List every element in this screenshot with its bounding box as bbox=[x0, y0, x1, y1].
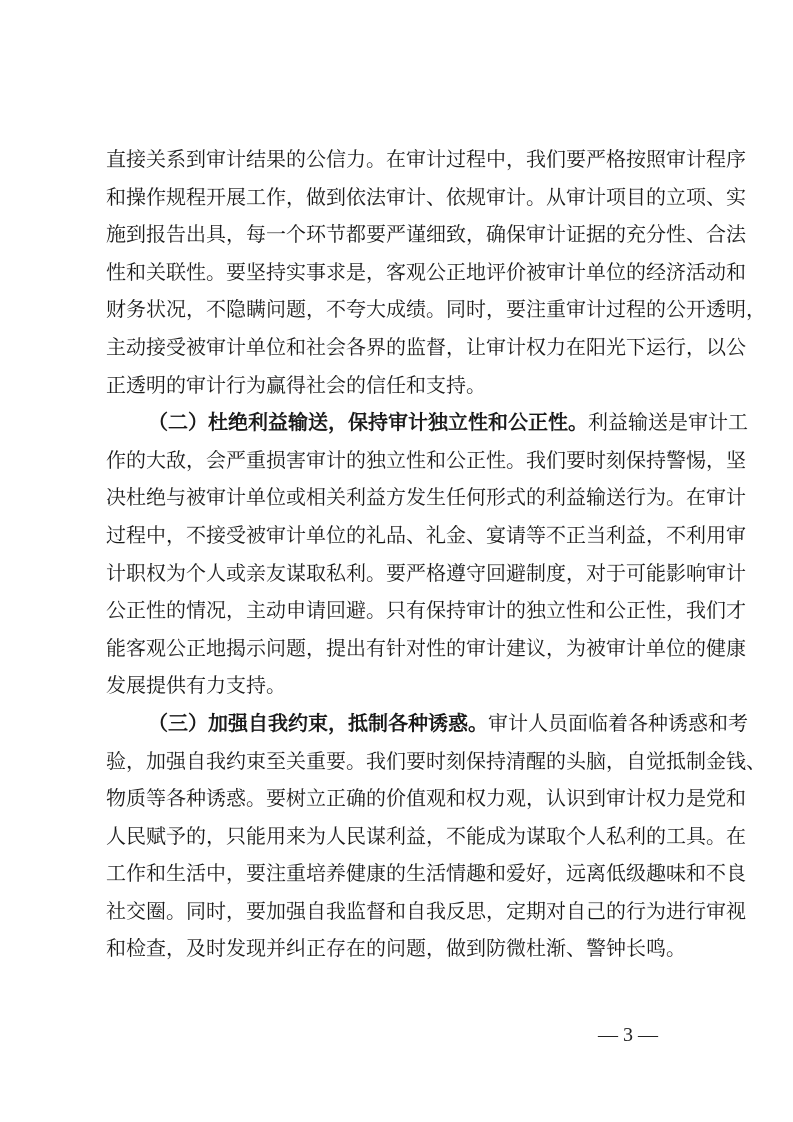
text-line: 作的大敌，会严重损害审计的独立性和公正性。我们要时刻保持警惕，坚 bbox=[106, 442, 692, 480]
document-page: 直接关系到审计结果的公信力。在审计过程中，我们要严格按照审计程序 和操作规程开展… bbox=[0, 0, 793, 1122]
text-line: 直接关系到审计结果的公信力。在审计过程中，我们要严格按照审计程序 bbox=[106, 141, 692, 179]
text-line: 性和关联性。要坚持实事求是，客观公正地评价被审计单位的经济活动和 bbox=[106, 254, 692, 292]
text-line: 计职权为个人或亲友谋取私利。要严格遵守回避制度，对于可能影响审计 bbox=[106, 555, 692, 593]
text-line: 决杜绝与被审计单位或相关利益方发生任何形式的利益输送行为。在审计 bbox=[106, 479, 692, 517]
paragraph-2: （二）杜绝利益输送，保持审计独立性和公正性。利益输送是审计工 作的大敌，会严重损… bbox=[106, 404, 692, 705]
text-line: 工作和生活中，要注重培养健康的生活情趣和爱好，远离低级趣味和不良 bbox=[106, 855, 692, 893]
text-line: 主动接受被审计单位和社会各界的监督，让审计权力在阳光下运行，以公 bbox=[106, 329, 692, 367]
paragraph-3: （三）加强自我约束，抵制各种诱惑。审计人员面临着各种诱惑和考 验，加强自我约束至… bbox=[106, 705, 692, 968]
text-line: 能客观公正地揭示问题，提出有针对性的审计建议，为被审计单位的健康 bbox=[106, 630, 692, 668]
section-heading-3: （三）加强自我约束，抵制各种诱惑。 bbox=[148, 711, 488, 735]
paragraph-1: 直接关系到审计结果的公信力。在审计过程中，我们要严格按照审计程序 和操作规程开展… bbox=[106, 141, 692, 404]
text-line: 和操作规程开展工作，做到依法审计、依规审计。从审计项目的立项、实 bbox=[106, 179, 692, 217]
text-line: 施到报告出具，每一个环节都要严谨细致，确保审计证据的充分性、合法 bbox=[106, 216, 692, 254]
text-line: 过程中，不接受被审计单位的礼品、礼金、宴请等不正当利益，不利用审 bbox=[106, 517, 692, 555]
text-line: 公正性的情况，主动申请回避。只有保持审计的独立性和公正性，我们才 bbox=[106, 592, 692, 630]
text-line: 社交圈。同时，要加强自我监督和自我反思，定期对自己的行为进行审视 bbox=[106, 893, 692, 931]
text-span: 利益输送是审计工 bbox=[588, 410, 748, 434]
text-line: 正透明的审计行为赢得社会的信任和支持。 bbox=[106, 367, 692, 405]
text-line: 验，加强自我约束至关重要。我们要时刻保持清醒的头脑，自觉抵制金钱、 bbox=[106, 743, 692, 781]
text-span: 审计人员面临着各种诱惑和考 bbox=[488, 711, 748, 735]
text-line: 财务状况，不隐瞒问题，不夸大成绩。同时，要注重审计过程的公开透明， bbox=[106, 291, 692, 329]
paragraph-first-line: （二）杜绝利益输送，保持审计独立性和公正性。利益输送是审计工 bbox=[106, 404, 692, 442]
document-body: 直接关系到审计结果的公信力。在审计过程中，我们要严格按照审计程序 和操作规程开展… bbox=[106, 141, 692, 968]
text-line: 和检查，及时发现并纠正存在的问题，做到防微杜渐、警钟长鸣。 bbox=[106, 930, 692, 968]
text-line: 物质等各种诱惑。要树立正确的价值观和权力观，认识到审计权力是党和 bbox=[106, 780, 692, 818]
text-line: 发展提供有力支持。 bbox=[106, 667, 692, 705]
section-heading-2: （二）杜绝利益输送，保持审计独立性和公正性。 bbox=[148, 410, 588, 434]
paragraph-first-line: （三）加强自我约束，抵制各种诱惑。审计人员面临着各种诱惑和考 bbox=[106, 705, 692, 743]
text-line: 人民赋予的，只能用来为人民谋利益，不能成为谋取个人私利的工具。在 bbox=[106, 818, 692, 856]
page-number: — 3 — bbox=[598, 1024, 678, 1047]
